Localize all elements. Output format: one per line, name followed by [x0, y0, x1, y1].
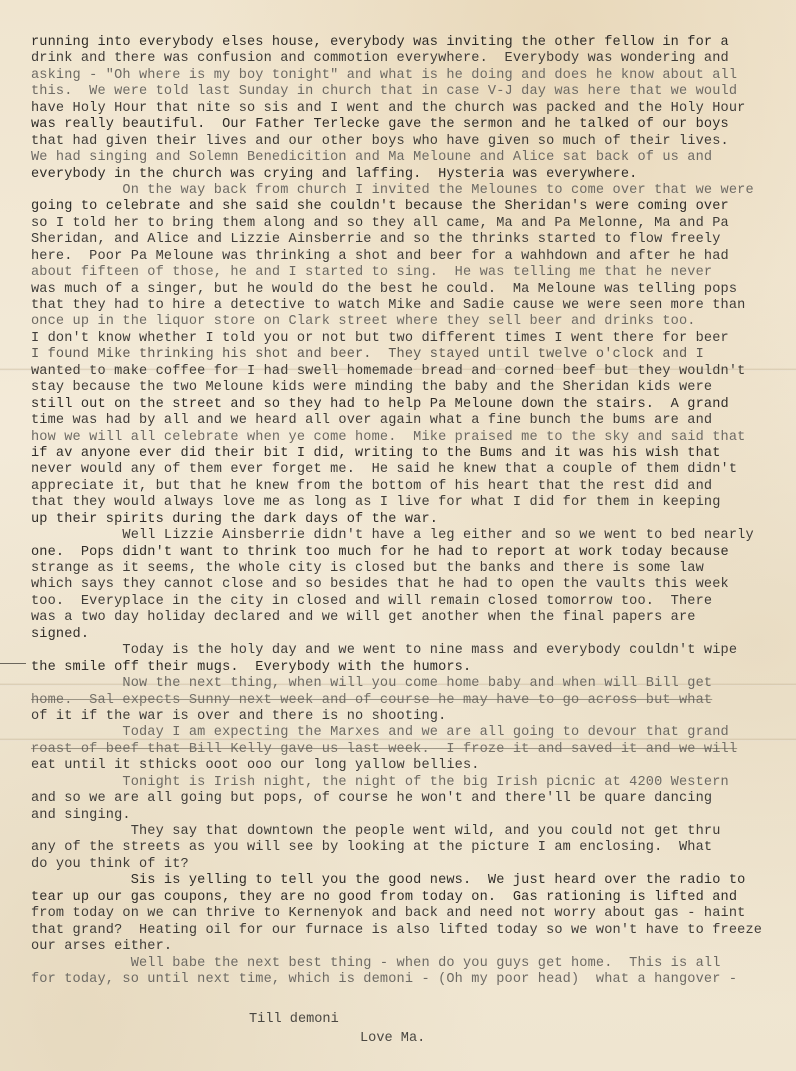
- letter-line: for today, so until next time, which is …: [31, 972, 791, 988]
- letter-line: here. Poor Pa Meloune was thrinking a sh…: [31, 249, 791, 265]
- letter-line: from today on we can thrive to Kernenyok…: [31, 906, 791, 922]
- letter-line: and so we are all going but pops, of cou…: [31, 791, 791, 807]
- letter-line: Today I am expecting the Marxes and we a…: [31, 725, 791, 741]
- letter-line: any of the streets as you will see by lo…: [31, 840, 791, 856]
- letter-body: running into everybody elses house, ever…: [31, 35, 791, 988]
- letter-line: Well babe the next best thing - when do …: [31, 956, 791, 972]
- letter-line: still out on the street and so they had …: [31, 397, 791, 413]
- letter-line: going to celebrate and she said she coul…: [31, 199, 791, 215]
- letter-line: that grand? Heating oil for our furnace …: [31, 923, 791, 939]
- letter-line: roast of beef that Bill Kelly gave us la…: [31, 742, 791, 758]
- letter-line: so I told her to bring them along and so…: [31, 216, 791, 232]
- letter-line: I don't know whether I told you or not b…: [31, 331, 791, 347]
- letter-line: running into everybody elses house, ever…: [31, 35, 791, 51]
- letter-line: signed.: [31, 627, 791, 643]
- letter-line: Sis is yelling to tell you the good news…: [31, 873, 791, 889]
- letter-line: stay because the two Meloune kids were m…: [31, 380, 791, 396]
- letter-line: appreciate it, but that he knew from the…: [31, 479, 791, 495]
- letter-line: was a two day holiday declared and we wi…: [31, 610, 791, 626]
- letter-line: tear up our gas coupons, they are no goo…: [31, 890, 791, 906]
- letter-line: and singing.: [31, 808, 791, 824]
- letter-line: asking - "Oh where is my boy tonight" an…: [31, 68, 791, 84]
- letter-line: which says they cannot close and so besi…: [31, 577, 791, 593]
- letter-line: that they would always love me as long a…: [31, 495, 791, 511]
- letter-line: do you think of it?: [31, 857, 791, 873]
- letter-line: have Holy Hour that nite so sis and I we…: [31, 101, 791, 117]
- letter-line: Tonight is Irish night, the night of the…: [31, 775, 791, 791]
- letter-line: that they had to hire a detective to wat…: [31, 298, 791, 314]
- letter-line: too. Everyplace in the city in closed an…: [31, 594, 791, 610]
- letter-line: if av anyone ever did their bit I did, w…: [31, 446, 791, 462]
- letter-line: was much of a singer, but he would do th…: [31, 282, 791, 298]
- letter-line: this. We were told last Sunday in church…: [31, 84, 791, 100]
- letter-closing: Till demoni: [249, 1012, 339, 1027]
- letter-line: up their spirits during the dark days of…: [31, 512, 791, 528]
- letter-page: running into everybody elses house, ever…: [0, 0, 796, 1071]
- letter-line: that had given their lives and our other…: [31, 134, 791, 150]
- letter-signature: Love Ma.: [360, 1031, 425, 1046]
- letter-line: was really beautiful. Our Father Terleck…: [31, 117, 791, 133]
- letter-line: our arses either.: [31, 939, 791, 955]
- letter-line: about fifteen of those, he and I started…: [31, 265, 791, 281]
- margin-mark: [0, 663, 26, 664]
- letter-line: of it if the war is over and there is no…: [31, 709, 791, 725]
- letter-line: On the way back from church I invited th…: [31, 183, 791, 199]
- letter-line: time was had by all and we heard all ove…: [31, 413, 791, 429]
- letter-line: Sheridan, and Alice and Lizzie Ainsberri…: [31, 232, 791, 248]
- letter-line: everybody in the church was crying and l…: [31, 167, 791, 183]
- letter-line: drink and there was confusion and commot…: [31, 51, 791, 67]
- letter-line: eat until it sthicks ooot ooo our long y…: [31, 758, 791, 774]
- letter-line: We had singing and Solemn Benedicition a…: [31, 150, 791, 166]
- letter-line: I found Mike thrinking his shot and beer…: [31, 347, 791, 363]
- letter-line: home. Sal expects Sunny next week and of…: [31, 693, 791, 709]
- letter-line: Now the next thing, when will you come h…: [31, 676, 791, 692]
- letter-line: never would any of them ever forget me. …: [31, 462, 791, 478]
- letter-line: They say that downtown the people went w…: [31, 824, 791, 840]
- letter-line: wanted to make coffee for I had swell ho…: [31, 364, 791, 380]
- letter-line: Well Lizzie Ainsberrie didn't have a leg…: [31, 528, 791, 544]
- letter-line: Today is the holy day and we went to nin…: [31, 643, 791, 659]
- letter-line: the smile off their mugs. Everybody with…: [31, 660, 791, 676]
- letter-line: one. Pops didn't want to thrink too much…: [31, 545, 791, 561]
- letter-line: strange as it seems, the whole city is c…: [31, 561, 791, 577]
- letter-line: how we will all celebrate when ye come h…: [31, 430, 791, 446]
- letter-line: once up in the liquor store on Clark str…: [31, 314, 791, 330]
